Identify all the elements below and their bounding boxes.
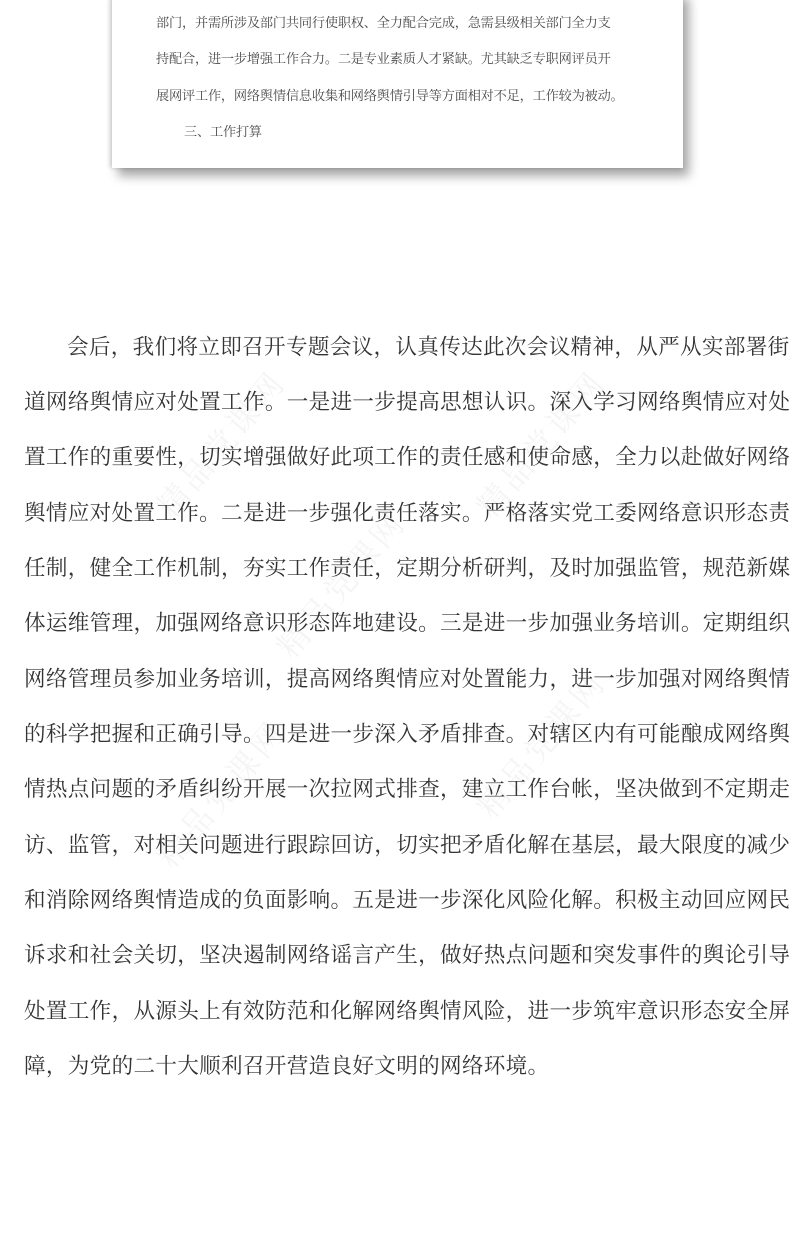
paragraph-line: 诉求和社会关切，坚决遏制网络谣言产生，做好热点问题和突发事件的舆论引导 <box>24 941 790 971</box>
paragraph-line: 网络管理员参加业务培训，提高网络舆情应对处置能力，进一步加强对网络舆情 <box>24 665 790 695</box>
card-text-line: 持配合，进一步增强工作合力。二是专业素质人才紧缺。尤其缺乏专职网评员开 <box>156 50 611 70</box>
paragraph-line: 和消除网络舆情造成的负面影响。五是进一步深化风险化解。积极主动回应网民 <box>24 886 790 916</box>
paragraph-line: 会后，我们将立即召开专题会议，认真传达此次会议精神，从严从实部署街 <box>67 333 790 363</box>
paragraph-line: 舆情应对处置工作。二是进一步强化责任落实。严格落实党工委网络意识形态责 <box>24 499 790 529</box>
paragraph-line: 访、监管，对相关问题进行跟踪回访，切实把矛盾化解在基层，最大限度的减少 <box>24 831 790 861</box>
paragraph-line: 体运维管理，加强网络意识形态阵地建设。三是进一步加强业务培训。定期组织 <box>24 609 790 639</box>
paragraph-line: 的科学把握和正确引导。四是进一步深入矛盾排查。对辖区内有可能酿成网络舆 <box>24 720 790 750</box>
paragraph-line: 处置工作，从源头上有效防范和化解网络舆情风险，进一步筑牢意识形态安全屏 <box>24 997 790 1027</box>
paragraph-line: 障，为党的二十大顺利召开营造良好文明的网络环境。 <box>24 1052 549 1082</box>
card-section-heading: 三、工作打算 <box>184 123 262 143</box>
document-excerpt-card: 部门，并需所涉及部门共同行使职权、全力配合完成，急需县级相关部门全力支 持配合，… <box>112 0 683 168</box>
paragraph-line: 道网络舆情应对处置工作。一是进一步提高思想认识。深入学习网络舆情应对处 <box>24 388 790 418</box>
card-text-line: 展网评工作，网络舆情信息收集和网络舆情引导等方面相对不足，工作较为被动。 <box>156 87 624 107</box>
paragraph-line: 任制，健全工作机制，夯实工作责任，定期分析研判，及时加强监管，规范新媒 <box>24 554 790 584</box>
paragraph-line: 置工作的重要性，切实增强做好此项工作的责任感和使命感，全力以赴做好网络 <box>24 443 790 473</box>
card-text-line: 部门，并需所涉及部门共同行使职权、全力配合完成，急需县级相关部门全力支 <box>156 14 611 34</box>
paragraph-line: 情热点问题的矛盾纠纷开展一次拉网式排查，建立工作台帐，坚决做到不定期走 <box>24 775 790 805</box>
